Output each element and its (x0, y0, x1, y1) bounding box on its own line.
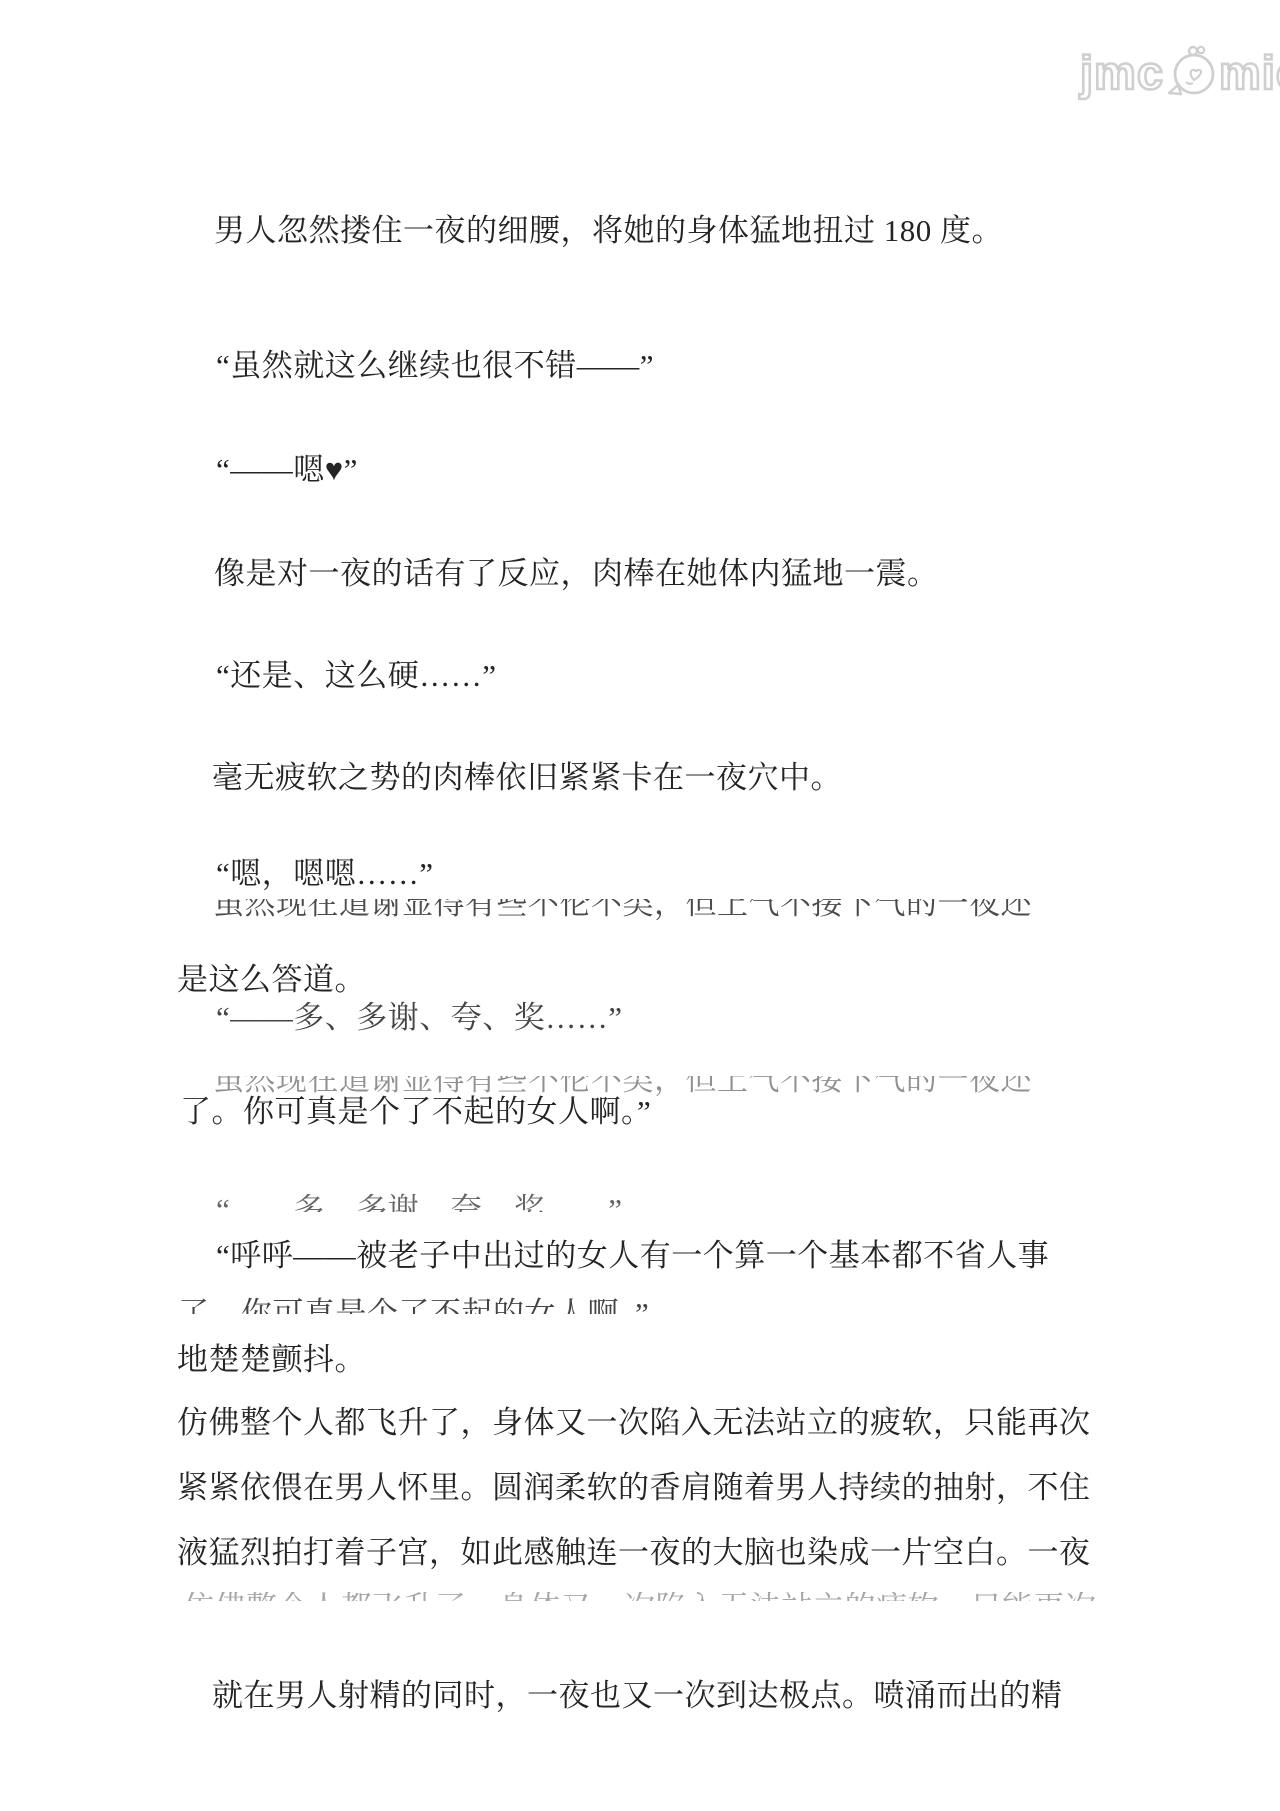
dialogue-line: “虽然就这么继续也很不错——” (216, 348, 654, 384)
paragraph-line: 是这么答道。 (177, 962, 366, 998)
dialogue-line: “还是、这么硬……” (216, 658, 497, 694)
ghost-clipped-line: 了。你可真是个了不起的女人啊。” (178, 1296, 649, 1314)
dialogue-line-with-heart: “——嗯♥” (216, 452, 358, 488)
ghost-clipped-line: 虽然现在道谢显得有些不伦不类，但上气不接下气的一夜还 (213, 899, 1032, 928)
paragraph-line: 男人忽然搂住一夜的细腰，将她的身体猛地扭过 180 度。 (214, 213, 1003, 249)
paragraph-line: 地楚楚颤抖。 (177, 1342, 366, 1378)
dialogue-line: “嗯，嗯嗯……” (216, 856, 434, 892)
logo-text-jmc: jmc (1080, 49, 1164, 96)
paragraph-line: 就在男人射精的同时，一夜也又一次到达极点。喷涌而出的精 (212, 1678, 1063, 1714)
paragraph-line: 毫无疲软之势的肉棒依旧紧紧卡在一夜穴中。 (212, 760, 842, 796)
ghost-clipped-line: 仿佛整个人都飞升了，身体又一次陷入无法站立的疲软，只能再次 (183, 1592, 1097, 1601)
paragraph-line: 液猛烈拍打着子宫，如此感触连一夜的大脑也染成一片空白。一夜 (177, 1535, 1091, 1571)
paragraph-line: 紧紧依偎在男人怀里。圆润柔软的香肩随着男人持续的抽射，不住 (177, 1470, 1091, 1506)
paragraph-line: 像是对一夜的话有了反应，肉棒在她体内猛地一震。 (214, 556, 939, 592)
jmcomic-watermark: jmc mic (1080, 44, 1280, 100)
paragraph-line: 了。你可真是个了不起的女人啊。” (180, 1094, 651, 1130)
fish-mascot-icon (1166, 44, 1218, 100)
ghost-clipped-line: “——多、多谢、夸、奖……” (216, 1192, 623, 1212)
logo-text-mic: mic (1219, 49, 1280, 96)
novel-page: { "page": { "background": "#ffffff", "te… (0, 0, 1280, 1811)
paragraph-line: 仿佛整个人都飞升了，身体又一次陷入无法站立的疲软，只能再次 (177, 1405, 1091, 1441)
dialogue-line: “——多、多谢、夸、奖……” (216, 1000, 623, 1036)
dialogue-line: “呼呼——被老子中出过的女人有一个算一个基本都不省人事 (216, 1238, 1049, 1274)
